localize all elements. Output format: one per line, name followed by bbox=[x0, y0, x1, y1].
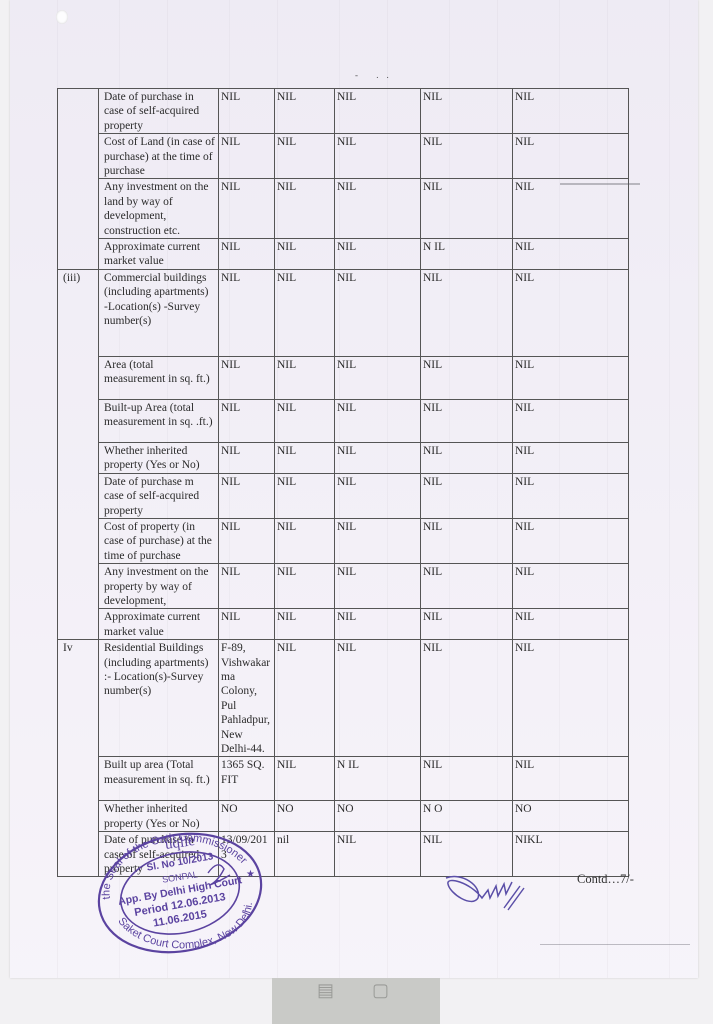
table-row: Area (total measurement in sq. ft.)NILNI… bbox=[58, 356, 629, 399]
table-row: IvResidential Buildings (including apart… bbox=[58, 640, 629, 757]
row-label: Any investment on the property by way of… bbox=[99, 564, 219, 609]
row-label: Date of purchase m case of self-acquired… bbox=[99, 473, 219, 518]
row-label: Approximate current market value bbox=[99, 239, 219, 270]
value-cell: NIL bbox=[335, 89, 421, 134]
row-label: Whether inherited property (Yes or No) bbox=[99, 442, 219, 473]
value-cell: NIL bbox=[335, 179, 421, 239]
row-label: Area (total measurement in sq. ft.) bbox=[99, 356, 219, 399]
row-label: Cost of Land (in case of purchase) at th… bbox=[99, 134, 219, 179]
value-cell: NIL bbox=[335, 399, 421, 442]
value-cell: NIL bbox=[275, 757, 335, 801]
value-cell: NIL bbox=[275, 239, 335, 270]
value-cell: NIL bbox=[335, 356, 421, 399]
row-label: Built up area (Total measurement in sq. … bbox=[99, 757, 219, 801]
table-row: Date of purchase m case of self-acquired… bbox=[58, 473, 629, 518]
item-number bbox=[58, 89, 99, 270]
item-number: Iv bbox=[58, 640, 99, 877]
punch-hole bbox=[56, 10, 68, 24]
signature-scribble-icon bbox=[442, 868, 542, 918]
value-cell: NIL bbox=[219, 442, 275, 473]
value-cell: NIL bbox=[421, 399, 513, 442]
film-strip-icon: ▤ bbox=[317, 980, 334, 1001]
value-cell: NIL bbox=[513, 134, 629, 179]
value-cell: NIL bbox=[513, 399, 629, 442]
table-row: (iii)Commercial buildings (including apa… bbox=[58, 269, 629, 356]
value-cell: NIL bbox=[275, 442, 335, 473]
value-cell: N O bbox=[421, 801, 513, 832]
value-cell: NO bbox=[275, 801, 335, 832]
value-cell: NIL bbox=[421, 640, 513, 757]
value-cell: N IL bbox=[335, 757, 421, 801]
value-cell: NIL bbox=[421, 89, 513, 134]
table-row: Any investment on the property by way of… bbox=[58, 564, 629, 609]
value-cell: NIL bbox=[513, 239, 629, 270]
value-cell: NIL bbox=[421, 564, 513, 609]
value-cell: NIL bbox=[275, 609, 335, 640]
value-cell: NIL bbox=[335, 609, 421, 640]
value-cell: NIL bbox=[335, 832, 421, 877]
row-label: Any investment on the land by way of dev… bbox=[99, 179, 219, 239]
value-cell: NIL bbox=[219, 518, 275, 563]
value-cell: NIL bbox=[421, 134, 513, 179]
value-cell: NIL bbox=[335, 239, 421, 270]
scanner-background-strip: ▤ ▢ bbox=[272, 978, 440, 1024]
value-cell: NIL bbox=[275, 356, 335, 399]
value-cell: NIL bbox=[513, 442, 629, 473]
value-cell: NO bbox=[335, 801, 421, 832]
value-cell: NIL bbox=[513, 473, 629, 518]
value-cell: NIL bbox=[219, 399, 275, 442]
value-cell: NIL bbox=[219, 179, 275, 239]
value-cell: NIL bbox=[335, 518, 421, 563]
table-row: Cost of Land (in case of purchase) at th… bbox=[58, 134, 629, 179]
item-number: (iii) bbox=[58, 269, 99, 639]
value-cell: NIL bbox=[513, 757, 629, 801]
asset-declaration-table: Date of purchase in case of self-acquire… bbox=[57, 88, 629, 877]
value-cell: nil bbox=[275, 832, 335, 877]
value-cell: NIL bbox=[513, 356, 629, 399]
value-cell: NIL bbox=[513, 179, 629, 239]
value-cell: NIL bbox=[335, 640, 421, 757]
value-cell: NIL bbox=[275, 134, 335, 179]
row-label: Residential Buildings (including apartme… bbox=[99, 640, 219, 757]
value-cell: NIL bbox=[335, 269, 421, 356]
value-cell: NIL bbox=[513, 89, 629, 134]
value-cell: NIL bbox=[421, 356, 513, 399]
value-cell: NIL bbox=[275, 473, 335, 518]
table-row: Date of purchase in case of self-acquire… bbox=[58, 89, 629, 134]
value-cell: NIL bbox=[335, 134, 421, 179]
table-row: Approximate current market valueNILNILNI… bbox=[58, 239, 629, 270]
value-cell: NIL bbox=[421, 609, 513, 640]
row-label: Built-up Area (total measurement in sq. … bbox=[99, 399, 219, 442]
value-cell: NIL bbox=[513, 269, 629, 356]
value-cell: NIL bbox=[513, 564, 629, 609]
value-cell: NO bbox=[513, 801, 629, 832]
value-cell: NIL bbox=[421, 473, 513, 518]
table-row: Built-up Area (total measurement in sq. … bbox=[58, 399, 629, 442]
value-cell: NIL bbox=[219, 564, 275, 609]
value-cell: NIL bbox=[513, 640, 629, 757]
row-label: Cost of property (in case of purchase) a… bbox=[99, 518, 219, 563]
table-row: Whether inherited property (Yes or No) N… bbox=[58, 801, 629, 832]
value-cell: NIL bbox=[421, 757, 513, 801]
value-cell: NIL bbox=[219, 239, 275, 270]
value-cell: N IL bbox=[421, 239, 513, 270]
table-row: Approximate current market valueNILNILNI… bbox=[58, 609, 629, 640]
top-marks: - .. bbox=[355, 70, 397, 80]
oath-commissioner-seal: the Seal of the Oath Commissioner Saket … bbox=[96, 829, 264, 955]
row-label: Date of purchase in case of self-acquire… bbox=[99, 89, 219, 134]
value-cell: NIL bbox=[421, 269, 513, 356]
signature bbox=[442, 868, 542, 918]
value-cell: NIL bbox=[275, 269, 335, 356]
value-cell: NIL bbox=[275, 518, 335, 563]
continuation-note: Contd…7/- bbox=[577, 872, 634, 887]
value-cell: NIL bbox=[513, 609, 629, 640]
table-row: Any investment on the land by way of dev… bbox=[58, 179, 629, 239]
table-body: Date of purchase in case of self-acquire… bbox=[58, 89, 629, 877]
value-cell: F-89, Vishwakar ma Colony, Pul Pahladpur… bbox=[219, 640, 275, 757]
row-label: Whether inherited property (Yes or No) bbox=[99, 801, 219, 832]
value-cell: NIL bbox=[513, 518, 629, 563]
value-cell: NIL bbox=[275, 89, 335, 134]
value-cell: NIL bbox=[421, 518, 513, 563]
scan-smudge bbox=[540, 944, 690, 945]
table-row: Built up area (Total measurement in sq. … bbox=[58, 757, 629, 801]
value-cell: NIL bbox=[219, 356, 275, 399]
value-cell: NIL bbox=[219, 134, 275, 179]
value-cell: NIL bbox=[219, 89, 275, 134]
value-cell: NIL bbox=[335, 564, 421, 609]
value-cell: NIL bbox=[275, 399, 335, 442]
value-cell: NIL bbox=[275, 564, 335, 609]
row-label: Commercial buildings (including apartmen… bbox=[99, 269, 219, 356]
value-cell: NIL bbox=[219, 473, 275, 518]
value-cell: NIL bbox=[335, 473, 421, 518]
value-cell: NIL bbox=[421, 179, 513, 239]
table-row: Whether inherited property (Yes or No)NI… bbox=[58, 442, 629, 473]
value-cell: NIL bbox=[335, 442, 421, 473]
value-cell: NIL bbox=[275, 179, 335, 239]
table-row: Cost of property (in case of purchase) a… bbox=[58, 518, 629, 563]
scan-smudge bbox=[560, 183, 640, 185]
value-cell: NIL bbox=[219, 269, 275, 356]
row-label: Approximate current market value bbox=[99, 609, 219, 640]
value-cell: NIL bbox=[421, 442, 513, 473]
value-cell: NIL bbox=[275, 640, 335, 757]
value-cell: NIL bbox=[219, 609, 275, 640]
value-cell: 1365 SQ. FIT bbox=[219, 757, 275, 801]
document-icon: ▢ bbox=[372, 980, 389, 1001]
